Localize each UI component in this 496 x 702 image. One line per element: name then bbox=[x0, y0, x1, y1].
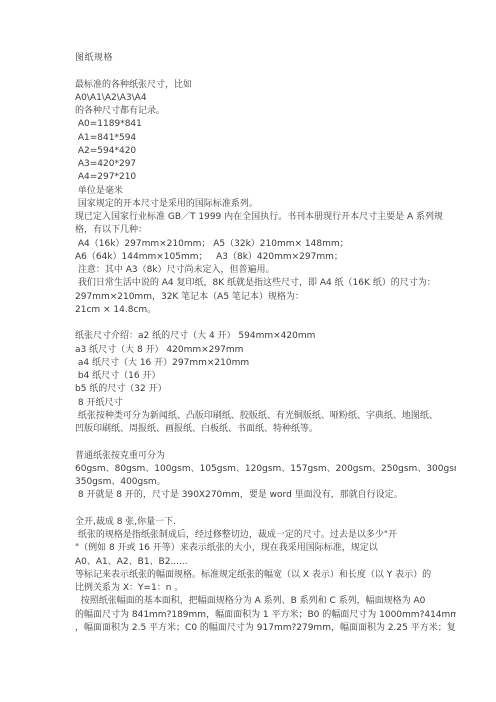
document-line: 最标准的各种纸张尺寸，比如 bbox=[75, 79, 456, 92]
document-line: 普通纸张按克重可分为 bbox=[75, 450, 456, 463]
document-line: 的幅面尺寸为 841mm?189mm，幅面面积为 1 平方米；B0 的幅面尺寸为… bbox=[75, 609, 456, 622]
document-line: 60gsm、80gsm、100gsm、105gsm、120gsm、157gsm、… bbox=[75, 463, 456, 476]
document-line: 的各种尺寸都有记录。 bbox=[75, 105, 456, 118]
document-line: 比例关系为 X：Y=1：n 。 bbox=[75, 582, 456, 595]
document-line: a3 纸尺寸（大 8 开） 420mm×297mm bbox=[75, 344, 456, 357]
document-line: 格，有以下几种： bbox=[75, 224, 456, 237]
document-page[interactable]: 图纸规格 最标准的各种纸张尺寸，比如A0\A1\A2\A3\A4的各种尺寸都有记… bbox=[0, 0, 496, 702]
document-line: ，幅面面积为 2.5 平方米；C0 的幅面尺寸为 917mm?279mm，幅面面… bbox=[75, 622, 456, 635]
document-line: 全开,裁成 8 张,你量一下. bbox=[75, 516, 456, 529]
document-line: 纸张的规格是指纸张制成后，经过修整切边，裁成一定的尺寸。过去是以多少"开 bbox=[75, 529, 456, 542]
document-line: b4 纸尺寸（16 开） bbox=[75, 370, 456, 383]
document-line: 297mm×210mm，32K 笔记本（A5 笔记本）规格为： bbox=[75, 291, 456, 304]
document-title: 图纸规格 bbox=[75, 52, 456, 65]
document-line bbox=[75, 503, 456, 516]
document-line: A4（16k）297mm×210mm； A5（32k）210mm× 148mm； bbox=[75, 238, 456, 251]
document-line: A1=841*594 bbox=[75, 132, 456, 145]
document-line: b5 纸的尺寸（32 开） bbox=[75, 383, 456, 396]
document-line: 纸张按种类可分为新闻纸、凸版印刷纸、胶版纸、有光铜版纸、哑粉纸、字典纸、地图纸、 bbox=[75, 410, 456, 423]
document-line: 凹版印刷纸、周报纸、画报纸、白板纸、书面纸、特种纸等。 bbox=[75, 423, 456, 436]
document-line bbox=[75, 317, 456, 330]
document-line: a4 纸尺寸（大 16 开）297mm×210mm bbox=[75, 357, 456, 370]
document-line: A0、A1、A2、B1、B2...... bbox=[75, 556, 456, 569]
document-line: A3=420*297 bbox=[75, 158, 456, 171]
document-line: 350gsm、400gsm。 bbox=[75, 476, 456, 489]
document-line: 8 开纸尺寸 bbox=[75, 397, 456, 410]
document-line: 按照纸张幅面的基本面积，把幅面规格分为 A 系列、B 系列和 C 系列，幅面规格… bbox=[75, 595, 456, 608]
document-content: 图纸规格 最标准的各种纸张尺寸，比如A0\A1\A2\A3\A4的各种尺寸都有记… bbox=[75, 52, 456, 635]
document-line bbox=[75, 65, 456, 78]
document-line bbox=[75, 436, 456, 449]
document-line: "（例如 8 开或 16 开等）来表示纸张的大小，现在我采用国际标准，规定以 bbox=[75, 542, 456, 555]
document-line: A6（64k）144mm×105mm； A3（8k）420mm×297mm； bbox=[75, 251, 456, 264]
document-line: 单位是毫米 bbox=[75, 185, 456, 198]
document-line: 注意：其中 A3（8k）尺寸尚未定入，但普遍用。 bbox=[75, 264, 456, 277]
document-line: A0=1189*841 bbox=[75, 118, 456, 131]
document-line: A0\A1\A2\A3\A4 bbox=[75, 92, 456, 105]
document-line: 现已定入国家行业标准 GB／T 1999 内在全国执行。书刊本册现行开本尺寸主要… bbox=[75, 211, 456, 224]
document-line: 国家规定的开本尺寸是采用的国际标准系列。 bbox=[75, 198, 456, 211]
document-body: 最标准的各种纸张尺寸，比如A0\A1\A2\A3\A4的各种尺寸都有记录。 A0… bbox=[75, 65, 456, 635]
document-line: 等标记来表示纸张的幅面规格。标准规定纸张的幅宽（以 X 表示）和长度（以 Y 表… bbox=[75, 569, 456, 582]
document-line: 纸张尺寸介绍：a2 纸的尺寸（大 4 开） 594mm×420mm bbox=[75, 330, 456, 343]
document-line: A4=297*210 bbox=[75, 171, 456, 184]
document-line: 21cm × 14.8cm。 bbox=[75, 304, 456, 317]
document-line: 8 开就是 8 开的，尺寸是 390X270mm，要是 word 里面没有，那就… bbox=[75, 489, 456, 502]
document-line: 我们日常生活中说的 A4 复印纸，8K 纸就是指这些尺寸，即 A4 纸（16K … bbox=[75, 277, 456, 290]
document-line: A2=594*420 bbox=[75, 145, 456, 158]
